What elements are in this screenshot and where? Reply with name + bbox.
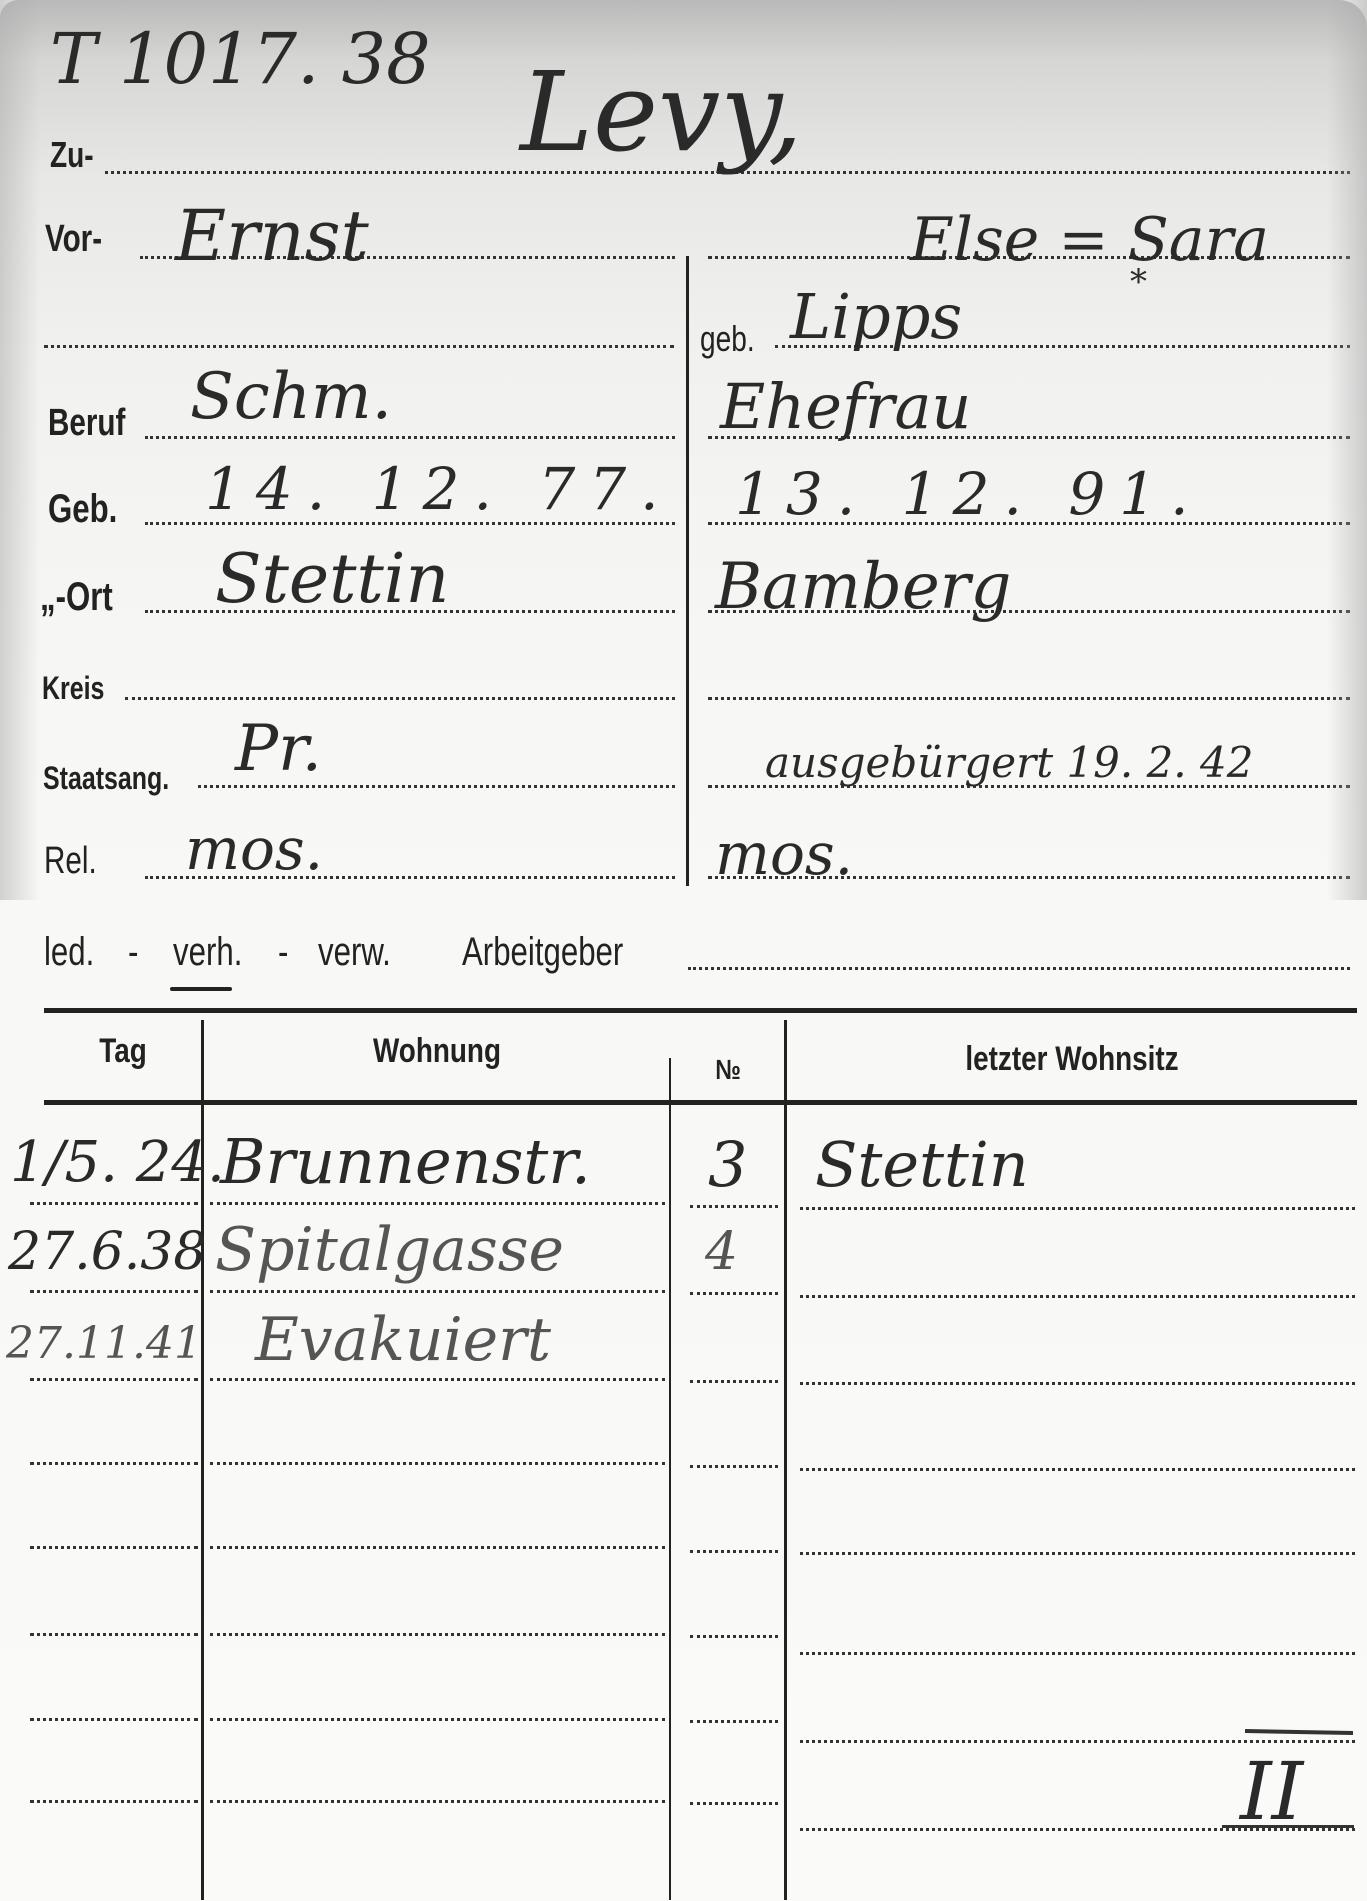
row-date: 27.11.41 — [6, 1318, 202, 1369]
table-top-rule — [44, 1008, 1357, 1013]
row-number: 4 — [705, 1222, 738, 1282]
marital-status-single: led. — [44, 930, 94, 975]
label-birth-place: „-Ort — [40, 575, 113, 620]
marital-status-sep-2: - — [278, 930, 288, 975]
reference-number: T 1017. 38 — [50, 18, 431, 100]
corner-mark-underline — [1222, 1825, 1354, 1828]
birth-place-value-left: Stettin — [215, 540, 449, 619]
occupation-value-right: Ehefrau — [720, 370, 971, 443]
marital-status-widowed: verw. — [318, 930, 391, 975]
first-name-value-right: Else = Sara — [910, 205, 1269, 275]
row-date: 1/5. 24. — [10, 1130, 225, 1195]
first-name-value-left: Ernst — [175, 195, 369, 277]
label-surname: Zu- — [50, 134, 94, 176]
row-residence: Brunnenstr. — [220, 1125, 591, 1198]
district-line-left — [125, 697, 675, 700]
table-col-divider-2 — [669, 1058, 671, 1900]
header-residence: Wohnung — [246, 1032, 628, 1071]
occupation-value-left: Schm. — [190, 360, 392, 434]
corner-mark-line — [1245, 1729, 1353, 1735]
religion-value-left: mos. — [185, 815, 323, 883]
surname-value: Levy, — [520, 48, 803, 176]
birth-date-value-left: 14. 12. 77. — [205, 455, 673, 523]
occupation-line-left — [145, 436, 675, 439]
label-occupation: Beruf — [48, 402, 125, 445]
label-citizenship: Staatsang. — [43, 760, 169, 797]
religion-value-right: mos. — [715, 820, 853, 888]
registration-card: T 1017. 38 Zu- Levy, Vor- Ernst Else = S… — [0, 0, 1367, 1901]
citizenship-value-right: ausgebürgert 19. 2. 42 — [765, 738, 1253, 787]
table-header-rule — [44, 1100, 1357, 1105]
label-employer: Arbeitgeber — [462, 930, 623, 975]
district-line-right — [708, 697, 1350, 700]
birth-place-value-right: Bamberg — [715, 550, 1011, 624]
label-first-name: Vor- — [45, 218, 102, 261]
maiden-name-value: Lipps — [790, 280, 962, 353]
header-number: № — [682, 1054, 774, 1086]
label-district: Kreis — [42, 670, 104, 707]
table-col-divider-3 — [784, 1020, 787, 1900]
row-residence: Evakuiert — [255, 1305, 551, 1375]
blank-line-left — [44, 345, 674, 348]
row-number: 3 — [708, 1128, 747, 1201]
married-underline — [170, 987, 232, 991]
marital-status-married: verh. — [173, 930, 242, 975]
header-last-residence: letzter Wohnsitz — [838, 1040, 1305, 1079]
row-last-residence: Stettin — [815, 1128, 1029, 1201]
marital-status-sep-1: - — [128, 930, 138, 975]
label-religion: Rel. — [44, 840, 97, 883]
star-mark: * — [1130, 262, 1147, 302]
column-divider — [686, 256, 689, 886]
header-date: Tag — [58, 1032, 188, 1071]
row-date: 27.6.38 — [8, 1222, 206, 1282]
label-maiden-name: geb. — [700, 318, 755, 360]
employer-line — [688, 967, 1350, 970]
citizenship-value-left: Pr. — [235, 712, 322, 786]
label-birth-date: Geb. — [48, 487, 117, 532]
row-residence: Spitalgasse — [215, 1215, 564, 1285]
birth-date-value-right: 13. 12. 91. — [735, 460, 1203, 528]
